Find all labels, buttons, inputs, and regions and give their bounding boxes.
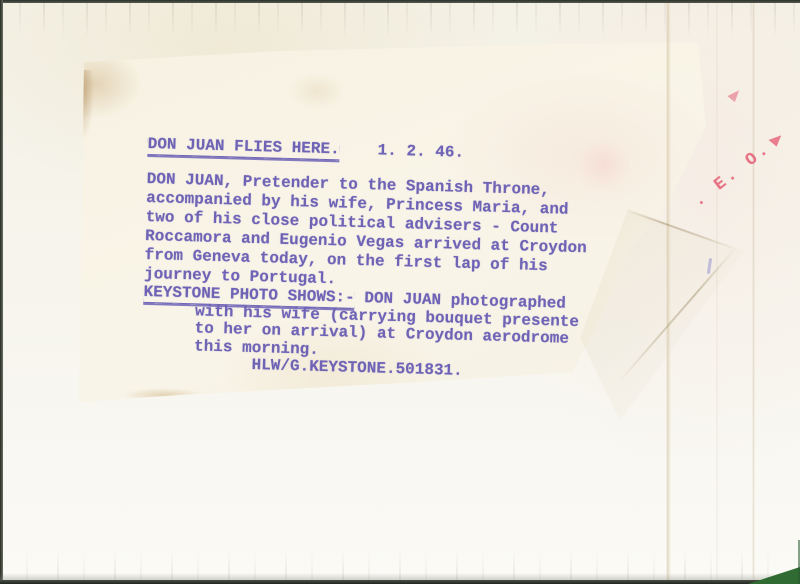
stamp-text: . E. O. bbox=[690, 139, 775, 211]
scan-edge bbox=[0, 580, 800, 584]
stamp-wedge-icon bbox=[768, 131, 785, 148]
scan-edge bbox=[0, 0, 3, 584]
ink-mark bbox=[707, 258, 712, 274]
vertical-crease bbox=[716, 0, 718, 584]
scan-streaks bbox=[0, 3, 800, 37]
scan-edge-shadow bbox=[0, 573, 800, 580]
caption-title: DON JUAN FLIES HERE. bbox=[147, 136, 339, 160]
paper-stain bbox=[124, 388, 204, 402]
paper-stain bbox=[76, 70, 94, 140]
red-stamp: . E. O. bbox=[690, 92, 800, 212]
vertical-crease bbox=[752, 0, 755, 584]
photo-shows-block: KEYSTONE PHOTO SHOWS:- DON JUAN photogra… bbox=[141, 284, 625, 385]
typed-caption: DON JUAN FLIES HERE.1. 2. 46. DON JUAN, … bbox=[141, 134, 629, 385]
scan-edge bbox=[0, 0, 800, 3]
diagonal-crease bbox=[618, 248, 736, 384]
caption-date: 1. 2. 46. bbox=[377, 141, 464, 161]
photo-back-scan: DON JUAN FLIES HERE.1. 2. 46. DON JUAN, … bbox=[0, 0, 800, 584]
stamp-wedge-icon bbox=[727, 90, 742, 104]
